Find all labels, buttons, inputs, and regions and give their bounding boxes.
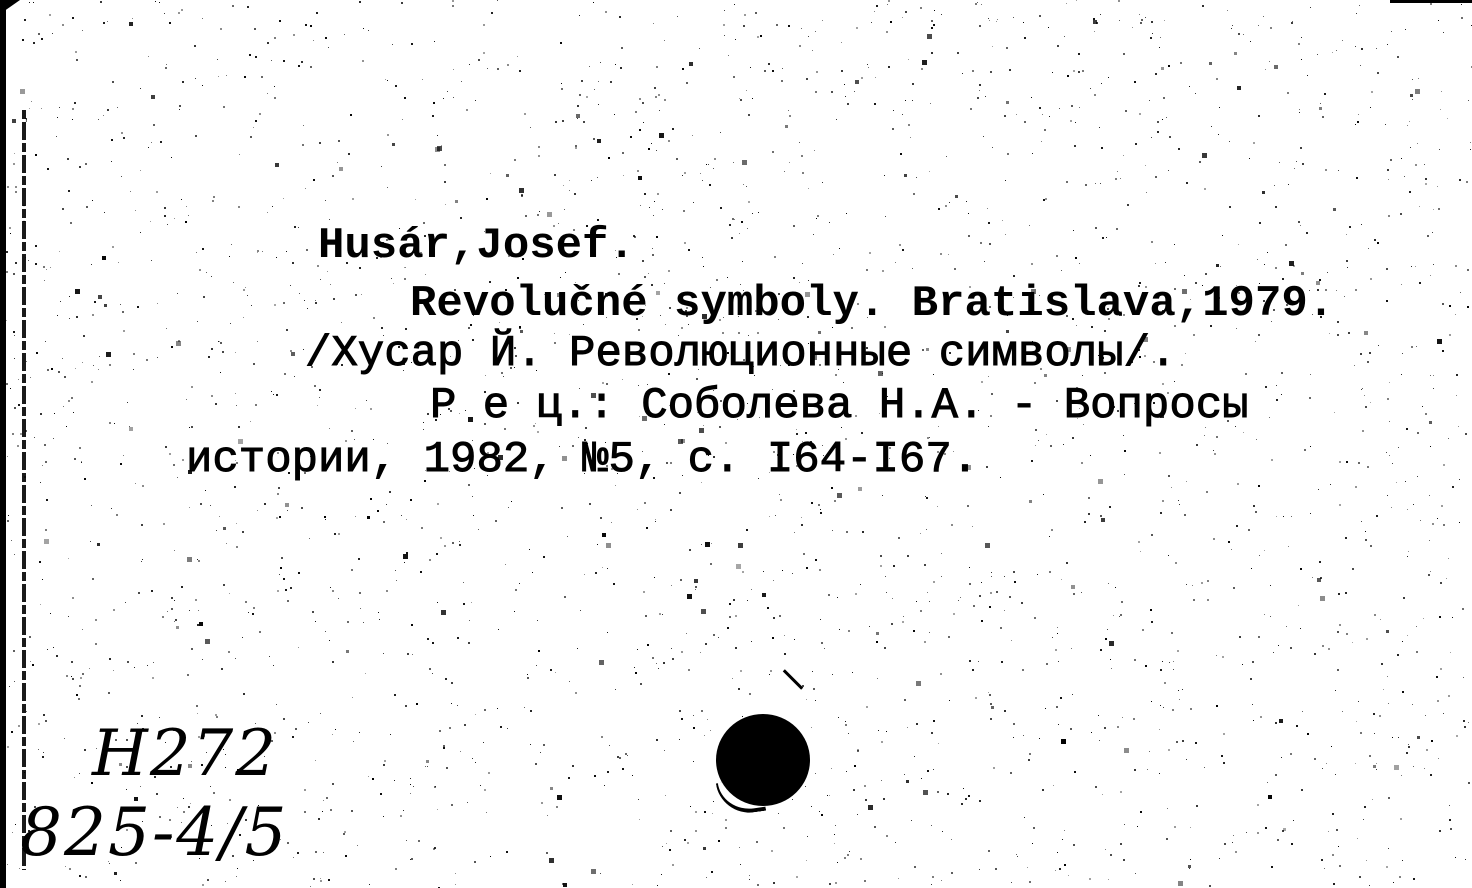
handwritten-call-number: 825-4/5: [20, 800, 289, 866]
catalog-card: Husár,Josef. Revolučné symboly. Bratisla…: [0, 0, 1472, 888]
card-margin-line: [22, 110, 26, 870]
scratch-mark: [783, 669, 804, 690]
card-top-edge: [1390, 0, 1472, 3]
translation-line: /Хусар Й. Революционные символы/.: [305, 332, 1176, 376]
card-left-edge: [0, 0, 6, 888]
source-line: истории, 1982, №5, с. I64-I67.: [186, 438, 978, 482]
author-heading: Husár,Josef.: [318, 224, 635, 268]
card-corner: [0, 0, 20, 14]
handwritten-shelf-mark: H272: [92, 722, 278, 786]
punch-hole: [716, 714, 810, 806]
title-line: Revolučné symboly. Bratislava,1979.: [410, 282, 1334, 326]
review-line: Р е ц.: Соболева Н.А. - Вопросы: [430, 384, 1249, 428]
